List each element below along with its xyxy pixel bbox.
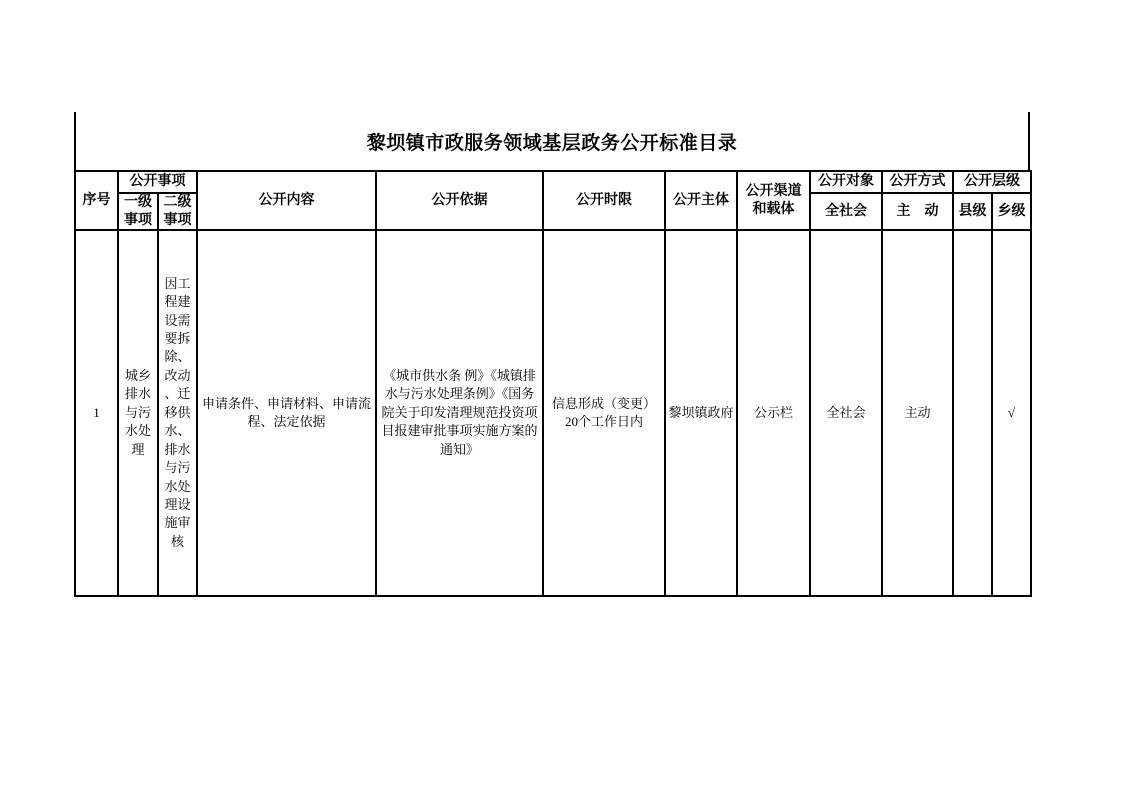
cell-audience: 全社会 (810, 230, 882, 596)
header-row-top: 序号 公开事项 公开内容 公开依据 公开时限 公开主体 公开渠道和载体 公开对象… (75, 171, 1031, 193)
header-subject: 公开主体 (665, 171, 737, 230)
header-county-level: 县级 (953, 193, 992, 230)
header-level1-matter: 一级事项 (118, 193, 158, 230)
header-audience-sub: 全社会 (810, 193, 882, 230)
cell-content: 申请条件、申请材料、申请流程、法定依据 (197, 230, 376, 596)
header-level2-matter: 二级事项 (158, 193, 197, 230)
header-seq: 序号 (75, 171, 118, 230)
header-method-group: 公开方式 (882, 171, 953, 193)
header-method-sub: 主 动 (882, 193, 953, 230)
cell-level2-matter: 因工程建设需要拆除、改动、迁移供水、排水与污水处理设施审核 (158, 230, 197, 596)
cell-level1-matter: 城乡排水与污水处理 (118, 230, 158, 596)
table-row: 1 城乡排水与污水处理 因工程建设需要拆除、改动、迁移供水、排水与污水处理设施审… (75, 230, 1031, 596)
page-title: 黎坝镇市政服务领域基层政务公开标准目录 (367, 128, 738, 155)
header-time-limit: 公开时限 (543, 171, 665, 230)
header-audience-group: 公开对象 (810, 171, 882, 193)
cell-township-checkmark: √ (992, 230, 1031, 596)
header-channel-carrier: 公开渠道和载体 (737, 171, 810, 230)
cell-basis: 《城市供水条 例》《城镇排水与污水处理条例》《国务院关于印发清理规范投资项目报建… (376, 230, 543, 596)
cell-time-limit: 信息形成（变更） 20个工作日内 (543, 230, 665, 596)
table-title-block: 黎坝镇市政服务领域基层政务公开标准目录 (74, 112, 1030, 170)
disclosure-catalog-table: 序号 公开事项 公开内容 公开依据 公开时限 公开主体 公开渠道和载体 公开对象… (74, 170, 1032, 597)
cell-seq: 1 (75, 230, 118, 596)
catalog-sheet: 黎坝镇市政服务领域基层政务公开标准目录 序号 公开事项 公开内容 公开依据 公开… (74, 112, 1030, 597)
header-content: 公开内容 (197, 171, 376, 230)
cell-channel-carrier: 公示栏 (737, 230, 810, 596)
header-township-level: 乡级 (992, 193, 1031, 230)
cell-subject: 黎坝镇政府 (665, 230, 737, 596)
header-level-group: 公开层级 (953, 171, 1031, 193)
header-basis: 公开依据 (376, 171, 543, 230)
cell-method: 主动 (882, 230, 953, 596)
header-public-matters-group: 公开事项 (118, 171, 197, 193)
cell-county-level (953, 230, 992, 596)
